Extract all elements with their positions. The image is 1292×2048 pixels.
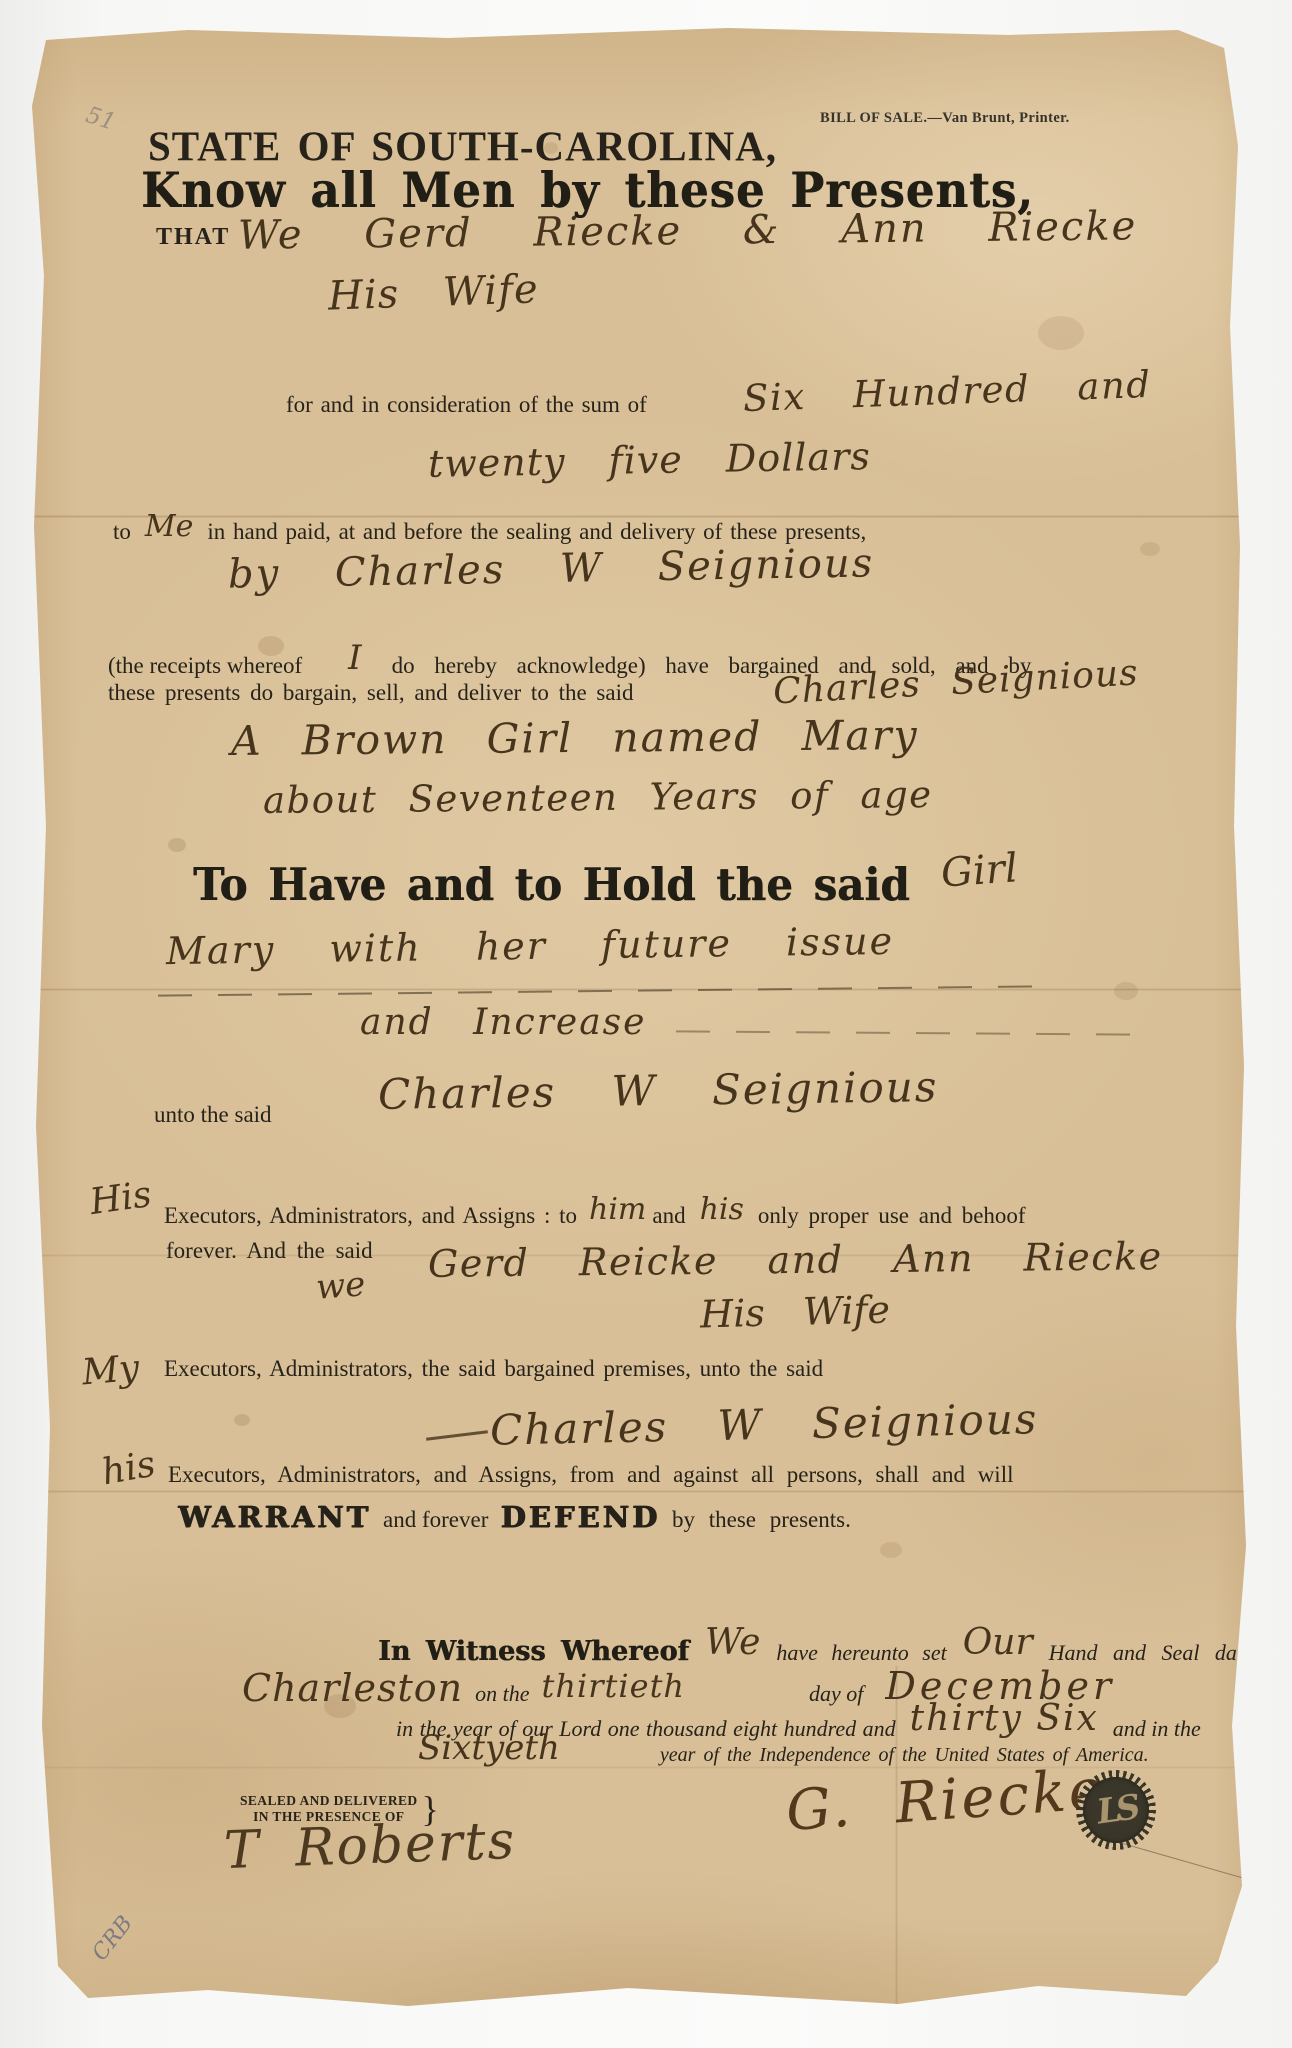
our-handwritten: Our	[963, 1622, 1033, 1663]
subject-line1-handwritten: A Brown Girl named Mary	[231, 711, 919, 765]
warrant-word: WARRANT	[178, 1500, 371, 1534]
day-of-words: day of	[809, 1681, 863, 1706]
paid-clause: in hand paid, at and before the sealing …	[207, 519, 866, 544]
him-handwritten: him	[589, 1192, 646, 1227]
defend-word: DEFEND	[500, 1500, 660, 1534]
subject-line2-handwritten: about Seventeen Years of age	[263, 773, 933, 822]
in-witness-blackletter: In Witness Whereof	[378, 1636, 689, 1667]
day-handwritten: thirtieth	[542, 1667, 686, 1705]
amount-line2-handwritten: twenty five Dollars	[428, 434, 872, 486]
grantor-names-2-handwritten: Gerd Reicke and Ann Riecke	[428, 1234, 1163, 1286]
scanned-bill-of-sale: { "colors":{ "paper":"#d8bf97", "print_i…	[0, 0, 1292, 2048]
receipts-prefix: (the receipts whereof	[108, 653, 302, 678]
document-paper: 51 BILL OF SALE.—Van Brunt, Printer. STA…	[28, 26, 1250, 2018]
deliver-clause: these presents do bargain, sell, and del…	[108, 680, 633, 706]
leading-stroke	[426, 1430, 488, 1441]
edge-tear	[24, 1528, 46, 1558]
payer-handwritten: by Charles W Seignious	[228, 540, 875, 597]
ink-scratch	[1093, 1835, 1257, 1883]
on-the-words: on the	[475, 1681, 529, 1706]
we-2-handwritten: We	[705, 1622, 760, 1663]
witness-signature: T Roberts	[223, 1811, 517, 1881]
ink-dash-line	[676, 1030, 1136, 1035]
stain	[1114, 982, 1138, 1000]
notary-seal: LS	[1076, 1770, 1156, 1850]
his-handwritten-3: his	[99, 1444, 158, 1494]
habendum-blackletter: To Have and to Hold the said	[193, 859, 910, 911]
to-word: to	[113, 519, 131, 544]
unto-name-handwritten: Charles W Seignious	[378, 1062, 939, 1119]
stain	[234, 1414, 250, 1426]
girl-word-handwritten: Girl	[939, 845, 1019, 896]
grantor-signature: G. Riecke	[784, 1757, 1107, 1844]
me-handwritten: Me	[145, 509, 193, 544]
forever-clause: forever. And the said	[166, 1238, 373, 1264]
hereunto-clause: have hereunto set	[776, 1640, 946, 1665]
my-handwritten: My	[80, 1348, 141, 1394]
seal-monogram: LS	[1094, 1788, 1138, 1833]
printer-credit: BILL OF SALE.—Van Brunt, Printer.	[820, 110, 1070, 127]
his-handwritten-2: his	[700, 1192, 744, 1227]
and-forever-words: and forever	[383, 1507, 488, 1532]
by-presents-words: by these presents.	[672, 1507, 851, 1532]
sealed-line-1: SEALED AND DELIVERED	[240, 1793, 418, 1809]
executors-clause-1: Executors, Administrators, and Assigns :…	[164, 1203, 577, 1228]
unto-clause: unto the said	[154, 1102, 272, 1128]
executors-line-1: Executors, Administrators, and Assigns :…	[164, 1196, 1026, 1231]
consideration-clause: for and in consideration of the sum of	[286, 392, 647, 418]
pencil-corner-initials: CRB	[88, 1911, 138, 1965]
hand-seal-clause: Hand and Seal dated at	[1049, 1640, 1292, 1665]
buyer-name-2-handwritten: Charles W Seignious	[490, 1394, 1039, 1454]
seal-core: LS	[1083, 1777, 1149, 1843]
behoof-clause: only proper use and behoof	[758, 1203, 1026, 1228]
his-handwritten-1: His	[87, 1174, 153, 1223]
amount-line1-handwritten: Six Hundred and	[742, 363, 1152, 420]
pencil-folio-number: 51	[83, 102, 119, 136]
and-word: and	[652, 1203, 685, 1228]
independence-year-handwritten: Sixtyeth	[418, 1728, 560, 1768]
that-label: THAT	[156, 224, 230, 251]
executors-clause-3: Executors, Administrators, and Assigns, …	[168, 1462, 1013, 1488]
executors-clause-2: Executors, Administrators, the said barg…	[164, 1356, 823, 1382]
grantor-relation-handwritten: His Wife	[327, 266, 539, 319]
i-handwritten: I	[348, 638, 361, 678]
stain	[1140, 542, 1160, 556]
stain	[168, 838, 186, 852]
fold-crease	[28, 1490, 1250, 1493]
grantor-names-handwritten: We Gerd Riecke & Ann Riecke	[238, 203, 1138, 258]
stain	[1038, 316, 1084, 350]
warranty-line: WARRANT and forever DEFEND by these pres…	[178, 1500, 851, 1534]
stain	[880, 1542, 902, 1558]
witness-line-1: In Witness Whereof We have hereunto set …	[378, 1628, 1292, 1669]
we-handwritten: we	[315, 1264, 367, 1307]
issue-line-handwritten: Mary with her future issue	[166, 919, 895, 973]
increase-handwritten: and Increase	[360, 1002, 646, 1043]
wife-2-handwritten: His Wife	[699, 1288, 890, 1337]
